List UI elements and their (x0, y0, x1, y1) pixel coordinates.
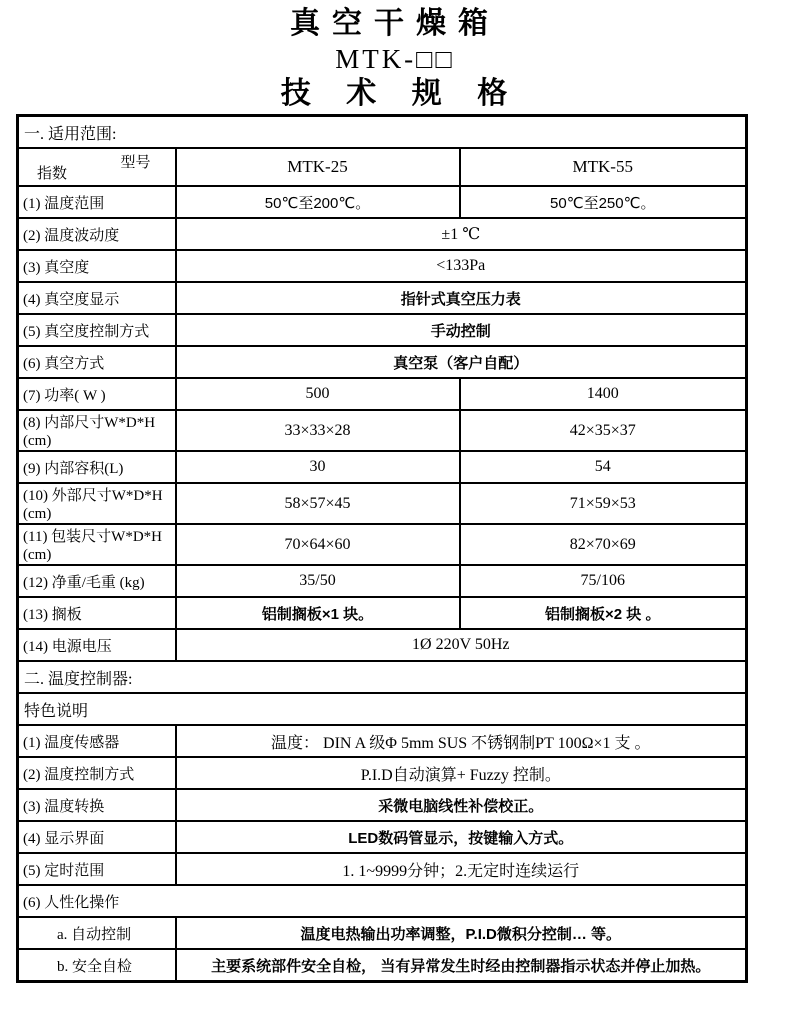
row-label: (9) 内部容积(L) (18, 451, 176, 483)
row-label: (2) 温度控制方式 (18, 757, 176, 789)
row-value-merged: 指针式真空压力表 (176, 282, 747, 314)
row-value-mtk55: 71×59×53 (460, 483, 747, 524)
row-value-merged: 手动控制 (176, 314, 747, 346)
row-value-mtk25: 500 (176, 378, 460, 410)
row-value-mtk25: 35/50 (176, 565, 460, 597)
header-corner-cell: 型号 指数 (18, 148, 176, 186)
row-label: (13) 搁板 (18, 597, 176, 629)
row-value-merged: LED数码管显示，按键输入方式。 (176, 821, 747, 853)
row-value-merged: 温度： DIN A 级Φ 5mm SUS 不锈钢制PT 100Ω×1 支 。 (176, 725, 747, 757)
row-value-merged: ±1 ℃ (176, 218, 747, 250)
row-label: (12) 净重/毛重 (kg) (18, 565, 176, 597)
row-label: (3) 温度转换 (18, 789, 176, 821)
header-model-mtk25: MTK-25 (176, 148, 460, 186)
row-value-merged: 温度电热输出功率调整，P.I.D微积分控制… 等。 (176, 917, 747, 949)
row-value-mtk25: 铝制搁板×1 块。 (176, 597, 460, 629)
section1-heading: 一. 适用范围: (18, 116, 747, 149)
spec2-row-6: (6) 人性化操作 (18, 885, 747, 917)
row-label: (7) 功率( W ) (18, 378, 176, 410)
row-label: a. 自动控制 (18, 917, 176, 949)
row-value-mtk55: 1400 (460, 378, 747, 410)
header-model-label: 型号 (120, 151, 150, 172)
spec2-row-2: (2) 温度控制方式 P.I.D自动演算+ Fuzzy 控制。 (18, 757, 747, 789)
page-subtitle: 技 术 规 格 (0, 76, 790, 112)
row-value-merged: 主要系统部件安全自检， 当有异常发生时经由控制器指示状态并停止加热。 (176, 949, 747, 982)
spec-row-7: (7) 功率( W ) 500 1400 (18, 378, 747, 410)
row-value-mtk25: 58×57×45 (176, 483, 460, 524)
row-label: (4) 显示界面 (18, 821, 176, 853)
spec-row-12: (12) 净重/毛重 (kg) 35/50 75/106 (18, 565, 747, 597)
spec-table: 一. 适用范围: 型号 指数 MTK-25 MTK-55 (1) 温度范围 50… (16, 114, 748, 983)
features-label-row: 特色说明 (18, 693, 747, 725)
row-label: (2) 温度波动度 (18, 218, 176, 250)
row-label: (4) 真空度显示 (18, 282, 176, 314)
spec2-row-3: (3) 温度转换 采微电脑线性补偿校正。 (18, 789, 747, 821)
row-value-merged: P.I.D自动演算+ Fuzzy 控制。 (176, 757, 747, 789)
header-index-label: 指数 (37, 162, 67, 183)
row-label-line1: (8) 内部尺寸W*D*H (23, 415, 155, 431)
row-value-merged: 采微电脑线性补偿校正。 (176, 789, 747, 821)
table-header-row: 型号 指数 MTK-25 MTK-55 (18, 148, 747, 186)
row-value-mtk55: 铝制搁板×2 块 。 (460, 597, 747, 629)
spec-row-13: (13) 搁板 铝制搁板×1 块。 铝制搁板×2 块 。 (18, 597, 747, 629)
row-value-mtk25: 70×64×60 (176, 524, 460, 565)
row-value-merged: 1. 1~9999分钟；2.无定时连续运行 (176, 853, 747, 885)
spec-row-6: (6) 真空方式 真空泵（客户自配） (18, 346, 747, 378)
row-label-line2: (cm) (23, 432, 171, 450)
model-number: MTK-□□ (0, 42, 790, 76)
row-label-full: (6) 人性化操作 (18, 885, 747, 917)
spec-row-1: (1) 温度范围 50℃至200℃。 50℃至250℃。 (18, 186, 747, 218)
section2-heading-row: 二. 温度控制器: (18, 661, 747, 693)
spec-row-5: (5) 真空度控制方式 手动控制 (18, 314, 747, 346)
spec-row-3: (3) 真空度 <133Pa (18, 250, 747, 282)
row-value-merged: 1Ø 220V 50Hz (176, 629, 747, 661)
section1-heading-row: 一. 适用范围: (18, 116, 747, 149)
spec-row-14: (14) 电源电压 1Ø 220V 50Hz (18, 629, 747, 661)
row-value-mtk55: 82×70×69 (460, 524, 747, 565)
row-value-mtk25: 33×33×28 (176, 410, 460, 451)
row-label: (5) 定时范围 (18, 853, 176, 885)
page-title: 真空干燥箱 (0, 0, 790, 42)
row-label: (14) 电源电压 (18, 629, 176, 661)
spec-row-4: (4) 真空度显示 指针式真空压力表 (18, 282, 747, 314)
row-label-line1: (10) 外部尺寸W*D*H (23, 488, 163, 504)
row-label-line2: (cm) (23, 546, 171, 564)
spec-row-8: (8) 内部尺寸W*D*H(cm) 33×33×28 42×35×37 (18, 410, 747, 451)
row-label: (3) 真空度 (18, 250, 176, 282)
spec-row-2: (2) 温度波动度 ±1 ℃ (18, 218, 747, 250)
row-label: (11) 包装尺寸W*D*H(cm) (18, 524, 176, 565)
spec2-row-1: (1) 温度传感器 温度： DIN A 级Φ 5mm SUS 不锈钢制PT 10… (18, 725, 747, 757)
row-value-mtk55: 75/106 (460, 565, 747, 597)
row-label: (10) 外部尺寸W*D*H(cm) (18, 483, 176, 524)
row-label: (1) 温度传感器 (18, 725, 176, 757)
spec2-row-4: (4) 显示界面 LED数码管显示，按键输入方式。 (18, 821, 747, 853)
row-value-mtk55: 54 (460, 451, 747, 483)
row-label: (1) 温度范围 (18, 186, 176, 218)
section2-heading: 二. 温度控制器: (18, 661, 747, 693)
row-value-merged: <133Pa (176, 250, 747, 282)
row-label: (8) 内部尺寸W*D*H(cm) (18, 410, 176, 451)
spec2-row-b: b. 安全自检 主要系统部件安全自检， 当有异常发生时经由控制器指示状态并停止加… (18, 949, 747, 982)
spec-row-9: (9) 内部容积(L) 30 54 (18, 451, 747, 483)
row-label: (5) 真空度控制方式 (18, 314, 176, 346)
features-label: 特色说明 (18, 693, 747, 725)
spec-row-10: (10) 外部尺寸W*D*H(cm) 58×57×45 71×59×53 (18, 483, 747, 524)
spec2-row-5: (5) 定时范围 1. 1~9999分钟；2.无定时连续运行 (18, 853, 747, 885)
row-value-mtk25: 50℃至200℃。 (176, 186, 460, 218)
header-model-mtk55: MTK-55 (460, 148, 747, 186)
row-label-line2: (cm) (23, 505, 171, 523)
spec2-row-a: a. 自动控制 温度电热输出功率调整，P.I.D微积分控制… 等。 (18, 917, 747, 949)
row-value-mtk25: 30 (176, 451, 460, 483)
row-label: b. 安全自检 (18, 949, 176, 982)
row-label-line1: (11) 包装尺寸W*D*H (23, 529, 162, 545)
row-label: (6) 真空方式 (18, 346, 176, 378)
row-value-mtk55: 50℃至250℃。 (460, 186, 747, 218)
spec-row-11: (11) 包装尺寸W*D*H(cm) 70×64×60 82×70×69 (18, 524, 747, 565)
row-value-mtk55: 42×35×37 (460, 410, 747, 451)
row-value-merged: 真空泵（客户自配） (176, 346, 747, 378)
